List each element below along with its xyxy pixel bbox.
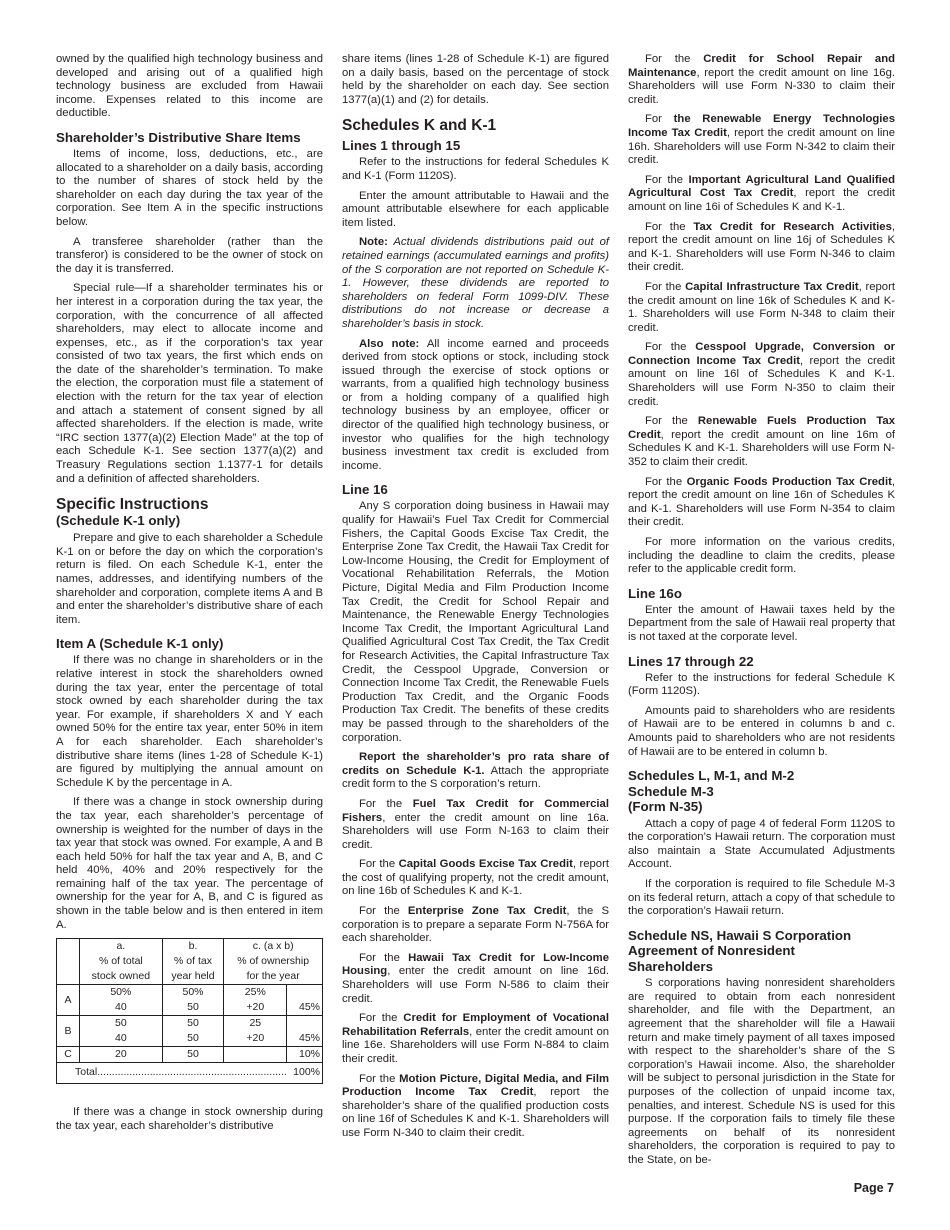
ownership-table: a. % of total stock owned b. % of tax ye… — [56, 938, 323, 1084]
credit-pre: For the — [645, 281, 685, 293]
paragraph-continued: share items (lines 1-28 of Schedule K-1)… — [342, 53, 609, 107]
heading-line: (Form N-35) — [628, 799, 895, 815]
header-b-line2: % of tax — [163, 954, 224, 969]
credit-paragraph: For the Credit for Employment of Vocatio… — [342, 1012, 609, 1066]
paragraph-line-16: Any S corporation doing business in Hawa… — [342, 500, 609, 745]
paragraph-special-rule: Special rule—If a shareholder terminates… — [56, 282, 323, 486]
paragraph-change: If there was a change in stock ownership… — [56, 796, 323, 932]
credit-paragraph: For the Enterprise Zone Tax Credit, the … — [342, 905, 609, 946]
header-c-line1: c. (a x b) — [224, 939, 322, 954]
credit-paragraph: For the Motion Picture, Digital Media, a… — [342, 1073, 609, 1141]
heading-schedule-ns: Schedule NS, Hawaii S Corporation Agreem… — [628, 928, 895, 975]
credit-pre: For the — [645, 341, 695, 353]
header-c-line3: for the year — [224, 969, 322, 984]
heading-line-16o: Line 16o — [628, 586, 895, 601]
page-number: Page 7 — [854, 1181, 894, 1195]
table-row: C 20 50 10% — [57, 1047, 323, 1063]
paragraph-amounts: Amounts paid to shareholders who are res… — [628, 705, 895, 759]
credit-paragraph: For the Capital Goods Excise Tax Credit,… — [342, 858, 609, 899]
credit-pre: For the — [645, 415, 698, 427]
table-header-c: c. (a x b) % of ownership for the year — [224, 939, 323, 985]
paragraph-report: Report the shareholder’s pro rata share … — [342, 751, 609, 792]
cell-c: +20 — [224, 1031, 287, 1047]
heading-lines-17-22: Lines 17 through 22 — [628, 654, 895, 669]
cell-a: 50 — [80, 1016, 163, 1032]
cell-c: +20 — [224, 1000, 287, 1016]
note-label: Note: — [359, 236, 388, 248]
table-header-a: a. % of total stock owned — [80, 939, 163, 985]
total-label: Total — [75, 1066, 97, 1078]
credit-paragraph: For the Capital Infrastructure Tax Credi… — [628, 281, 895, 335]
paragraph-transferee: A transferee shareholder (rather than th… — [56, 236, 323, 277]
heading-line: Schedules L, M-1, and M-2 — [628, 768, 895, 784]
paragraph-no-change: If there was no change in shareholders o… — [56, 654, 323, 790]
credit-pre: For the — [645, 53, 703, 65]
table-row: 40 50 +20 45% — [57, 1031, 323, 1047]
paragraph-intro: owned by the qualified high technology b… — [56, 53, 323, 121]
credit-paragraph: For the Renewable Energy Technologies In… — [628, 113, 895, 167]
heading-schedules-k: Schedules K and K-1 — [342, 117, 609, 134]
credit-name: Capital Goods Excise Tax Credit — [399, 858, 573, 870]
cell-b: 50 — [162, 1016, 224, 1032]
header-c-line2: % of ownership — [224, 954, 322, 969]
heading-specific-main: Specific Instructions — [56, 496, 208, 513]
credit-paragraph: For the Cesspool Upgrade, Conversion or … — [628, 341, 895, 409]
credit-paragraph: For the Credit for School Repair and Mai… — [628, 53, 895, 107]
credit-pre: For the — [359, 905, 408, 917]
row-label-b: B — [57, 1016, 80, 1047]
credit-name: Organic Foods Production Tax Credit — [687, 476, 892, 488]
table-header-blank — [57, 939, 80, 985]
credit-pre: For the — [359, 952, 408, 964]
paragraph-change-continued: If there was a change in stock ownership… — [56, 1106, 323, 1133]
header-a-line1: a. — [80, 939, 162, 954]
column-2: share items (lines 1-28 of Schedule K-1)… — [342, 53, 609, 1147]
heading-specific-sub: (Schedule K-1 only) — [56, 513, 323, 528]
credit-paragraph: For the Fuel Tax Credit for Commercial F… — [342, 798, 609, 852]
header-b-line3: year held — [163, 969, 224, 984]
table-row: A 50% 50% 25% — [57, 985, 323, 1001]
paragraph-refer: Refer to the instructions for federal Sc… — [342, 156, 609, 183]
credit-name: Enterprise Zone Tax Credit — [408, 905, 566, 917]
paragraph-more-info: For more information on the various cred… — [628, 536, 895, 577]
credit-pre: For the — [359, 1073, 399, 1085]
also-note-label: Also note: — [359, 338, 419, 350]
paragraph-line-16o: Enter the amount of Hawaii taxes held by… — [628, 604, 895, 645]
table-row: 40 50 +20 45% — [57, 1000, 323, 1016]
heading-line: Agreement of Nonresident — [628, 943, 895, 959]
column-3: For the Credit for School Repair and Mai… — [628, 53, 895, 1174]
cell-a: 50% — [80, 985, 163, 1001]
total-label-cell: Total...................................… — [57, 1063, 287, 1084]
heading-line: Shareholders — [628, 959, 895, 975]
column-1: owned by the qualified high technology b… — [56, 53, 323, 1139]
credit-post: , report the credit amount on line 16m o… — [628, 429, 895, 468]
paragraph-items: Items of income, loss, deductions, etc.,… — [56, 148, 323, 230]
header-a-line2: % of total — [80, 954, 162, 969]
credit-pre: For the — [359, 858, 399, 870]
cell-a: 40 — [80, 1000, 163, 1016]
cell-total — [287, 1016, 323, 1032]
credit-paragraph: For the Hawaii Tax Credit for Low-Income… — [342, 952, 609, 1006]
credit-paragraph: For the Renewable Fuels Production Tax C… — [628, 415, 895, 469]
total-leader-dots: ........................................… — [97, 1066, 287, 1078]
heading-lines-1-15: Lines 1 through 15 — [342, 138, 609, 153]
row-label-a: A — [57, 985, 80, 1016]
paragraph-also-note: Also note: All income earned and proceed… — [342, 338, 609, 474]
header-b-line1: b. — [163, 939, 224, 954]
heading-specific-instructions: Specific Instructions (Schedule K-1 only… — [56, 496, 323, 528]
note-text: Actual dividends distributions paid out … — [342, 236, 609, 330]
table-total-row: Total...................................… — [57, 1063, 323, 1084]
heading-line-16: Line 16 — [342, 482, 609, 497]
paragraph-refer-k: Refer to the instructions for federal Sc… — [628, 672, 895, 699]
header-a-line3: stock owned — [80, 969, 162, 984]
credit-pre: For the — [359, 798, 413, 810]
cell-c: 25 — [224, 1016, 287, 1032]
credit-paragraph: For the Organic Foods Production Tax Cre… — [628, 476, 895, 530]
paragraph-attach: Attach a copy of page 4 of federal Form … — [628, 818, 895, 872]
credit-pre: For the — [359, 1012, 403, 1024]
cell-a: 20 — [80, 1047, 163, 1063]
paragraph-note: Note: Actual dividends distributions pai… — [342, 236, 609, 331]
cell-b: 50 — [162, 1047, 224, 1063]
table-header-row: a. % of total stock owned b. % of tax ye… — [57, 939, 323, 985]
paragraph-m3: If the corporation is required to file S… — [628, 878, 895, 919]
credit-name: Tax Credit for Research Activities — [693, 221, 891, 233]
table-row: B 50 50 25 — [57, 1016, 323, 1032]
cell-b: 50 — [162, 1031, 224, 1047]
cell-a: 40 — [80, 1031, 163, 1047]
credit-paragraph: For the Tax Credit for Research Activiti… — [628, 221, 895, 275]
cell-total: 10% — [287, 1047, 323, 1063]
cell-b: 50 — [162, 1000, 224, 1016]
credit-pre: For the — [645, 174, 688, 186]
credit-pre: For — [645, 113, 674, 125]
cell-total: 45% — [287, 1000, 323, 1016]
cell-total — [287, 985, 323, 1001]
total-value: 100% — [287, 1063, 323, 1084]
table-header-b: b. % of tax year held — [162, 939, 224, 985]
row-label-c: C — [57, 1047, 80, 1063]
credit-name: Capital Infrastructure Tax Credit — [685, 281, 859, 293]
credit-paragraph: For the Important Agricultural Land Qual… — [628, 174, 895, 215]
credit-pre: For the — [645, 476, 687, 488]
also-note-text: All income earned and proceeds derived f… — [342, 338, 609, 472]
cell-c — [224, 1047, 287, 1063]
paragraph-enter: Enter the amount attributable to Hawaii … — [342, 190, 609, 231]
credit-pre: For the — [645, 221, 693, 233]
paragraph-prepare: Prepare and give to each shareholder a S… — [56, 532, 323, 627]
paragraph-schedule-ns: S corporations having nonresident shareh… — [628, 977, 895, 1167]
heading-distributive-share: Shareholder’s Distributive Share Items — [56, 130, 323, 145]
heading-line: Schedule M-3 — [628, 784, 895, 800]
cell-total: 45% — [287, 1031, 323, 1047]
heading-line: Schedule NS, Hawaii S Corporation — [628, 928, 895, 944]
heading-item-a: Item A (Schedule K-1 only) — [56, 636, 323, 651]
heading-schedules-l-m: Schedules L, M-1, and M-2 Schedule M-3 (… — [628, 768, 895, 815]
cell-c: 25% — [224, 985, 287, 1001]
credit-post: , enter the credit amount on line 16a. S… — [342, 812, 609, 851]
cell-b: 50% — [162, 985, 224, 1001]
